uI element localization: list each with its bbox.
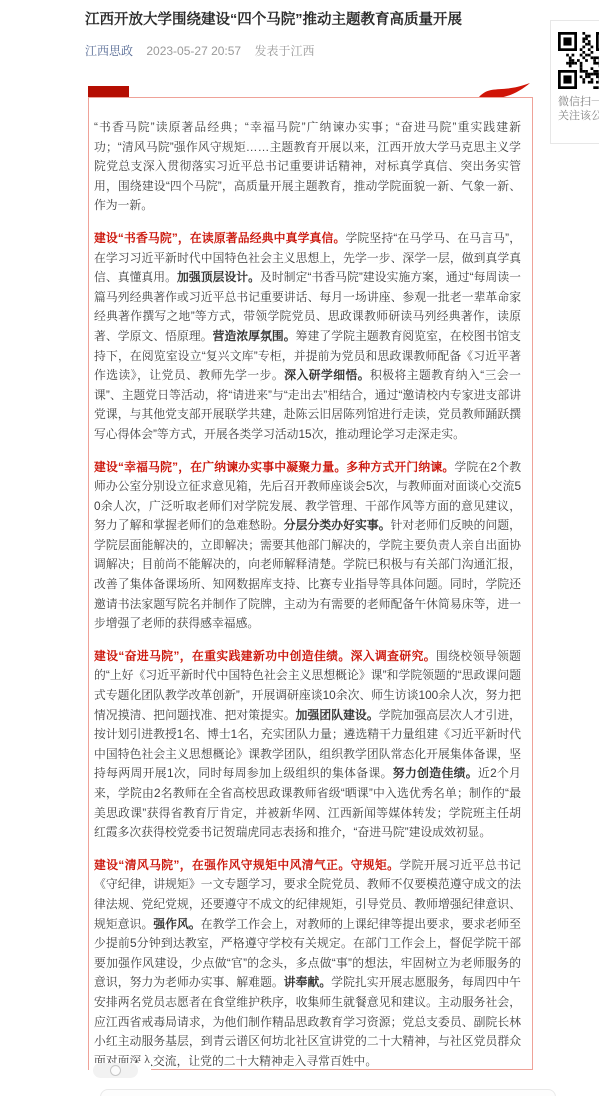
text-segment: 强作风。 xyxy=(153,917,200,931)
text-segment: 针对老师们反映的问题，学院层面能解决的，立即解决；需要其他部门解决的，学院主要负… xyxy=(94,518,521,630)
article-card: “书香马院”读原著品经典；“幸福马院”广纳谏办实事；“奋进马院”重实践建新功；“… xyxy=(88,97,533,1070)
article-paragraph: 建设“清风马院”，在强作风守规矩中风清气正。守规矩。学院开展习近平总书记《守纪律… xyxy=(94,856,521,1070)
text-segment: 讲奉献。 xyxy=(284,975,331,989)
author-link[interactable]: 江西思政 xyxy=(85,44,133,58)
text-segment: 加强团队建设。 xyxy=(296,708,379,722)
text-segment: 努力创造佳绩。 xyxy=(393,766,478,780)
text-segment: 建设“书香马院”，在读原著品经典中真学真信。 xyxy=(94,231,345,245)
text-segment: 建设“幸福马院”，在广纳谏办实事中凝聚力量。多种方式开门纳谏。 xyxy=(94,460,454,474)
article-paragraph: 建设“幸福马院”，在广纳谏办实事中凝聚力量。多种方式开门纳谏。学院在2个教师办公… xyxy=(94,458,521,634)
article-body: “书香马院”读原著品经典；“幸福马院”广纳谏办实事；“奋进马院”重实践建新功；“… xyxy=(94,118,521,1070)
text-segment: 加强顶层设计。 xyxy=(177,270,260,284)
article-meta: 江西思政 2023-05-27 20:57 发表于江西 xyxy=(85,42,525,59)
article-paragraph: “书香马院”读原著品经典；“幸福马院”广纳谏办实事；“奋进马院”重实践建新功；“… xyxy=(94,118,521,216)
qr-caption-line1: 微信扫一扫 xyxy=(558,96,599,110)
bottom-ornament-pill xyxy=(93,1063,138,1078)
next-section-peek xyxy=(100,1089,556,1096)
qr-caption-line2: 关注该公众号 xyxy=(558,110,599,124)
text-segment: 营造浓厚氛围。 xyxy=(213,329,296,343)
text-segment: 建设“奋进马院”，在重实践建新功中创造佳绩。深入调查研究。 xyxy=(94,649,436,663)
article-paragraph: 建设“奋进马院”，在重实践建新功中创造佳绩。深入调查研究。围绕校领导领题的“上好… xyxy=(94,647,521,843)
qr-follow-panel: 微信扫一扫 关注该公众号 xyxy=(550,20,599,144)
bottom-ornament-circle xyxy=(110,1065,121,1076)
corner-ornament xyxy=(88,86,129,97)
article-paragraph: 建设“书香马院”，在读原著品经典中真学真信。学院坚持“在马学马、在马言马”，在学… xyxy=(94,229,521,445)
text-segment: 分层分类办好实事。 xyxy=(284,518,391,532)
qr-code-icon xyxy=(558,32,599,89)
text-segment: “书香马院”读原著品经典；“幸福马院”广纳谏办实事；“奋进马院”重实践建新功；“… xyxy=(94,120,521,212)
publish-location: 发表于江西 xyxy=(254,44,314,58)
page-title: 江西开放大学围绕建设“四个马院”推动主题教育高质量开展 xyxy=(85,9,545,31)
publish-time: 2023-05-27 20:57 xyxy=(146,44,241,58)
text-segment: 深入研学细悟。 xyxy=(284,368,370,382)
text-segment: 建设“清风马院”，在强作风守规矩中风清气正。守规矩。 xyxy=(94,858,399,872)
